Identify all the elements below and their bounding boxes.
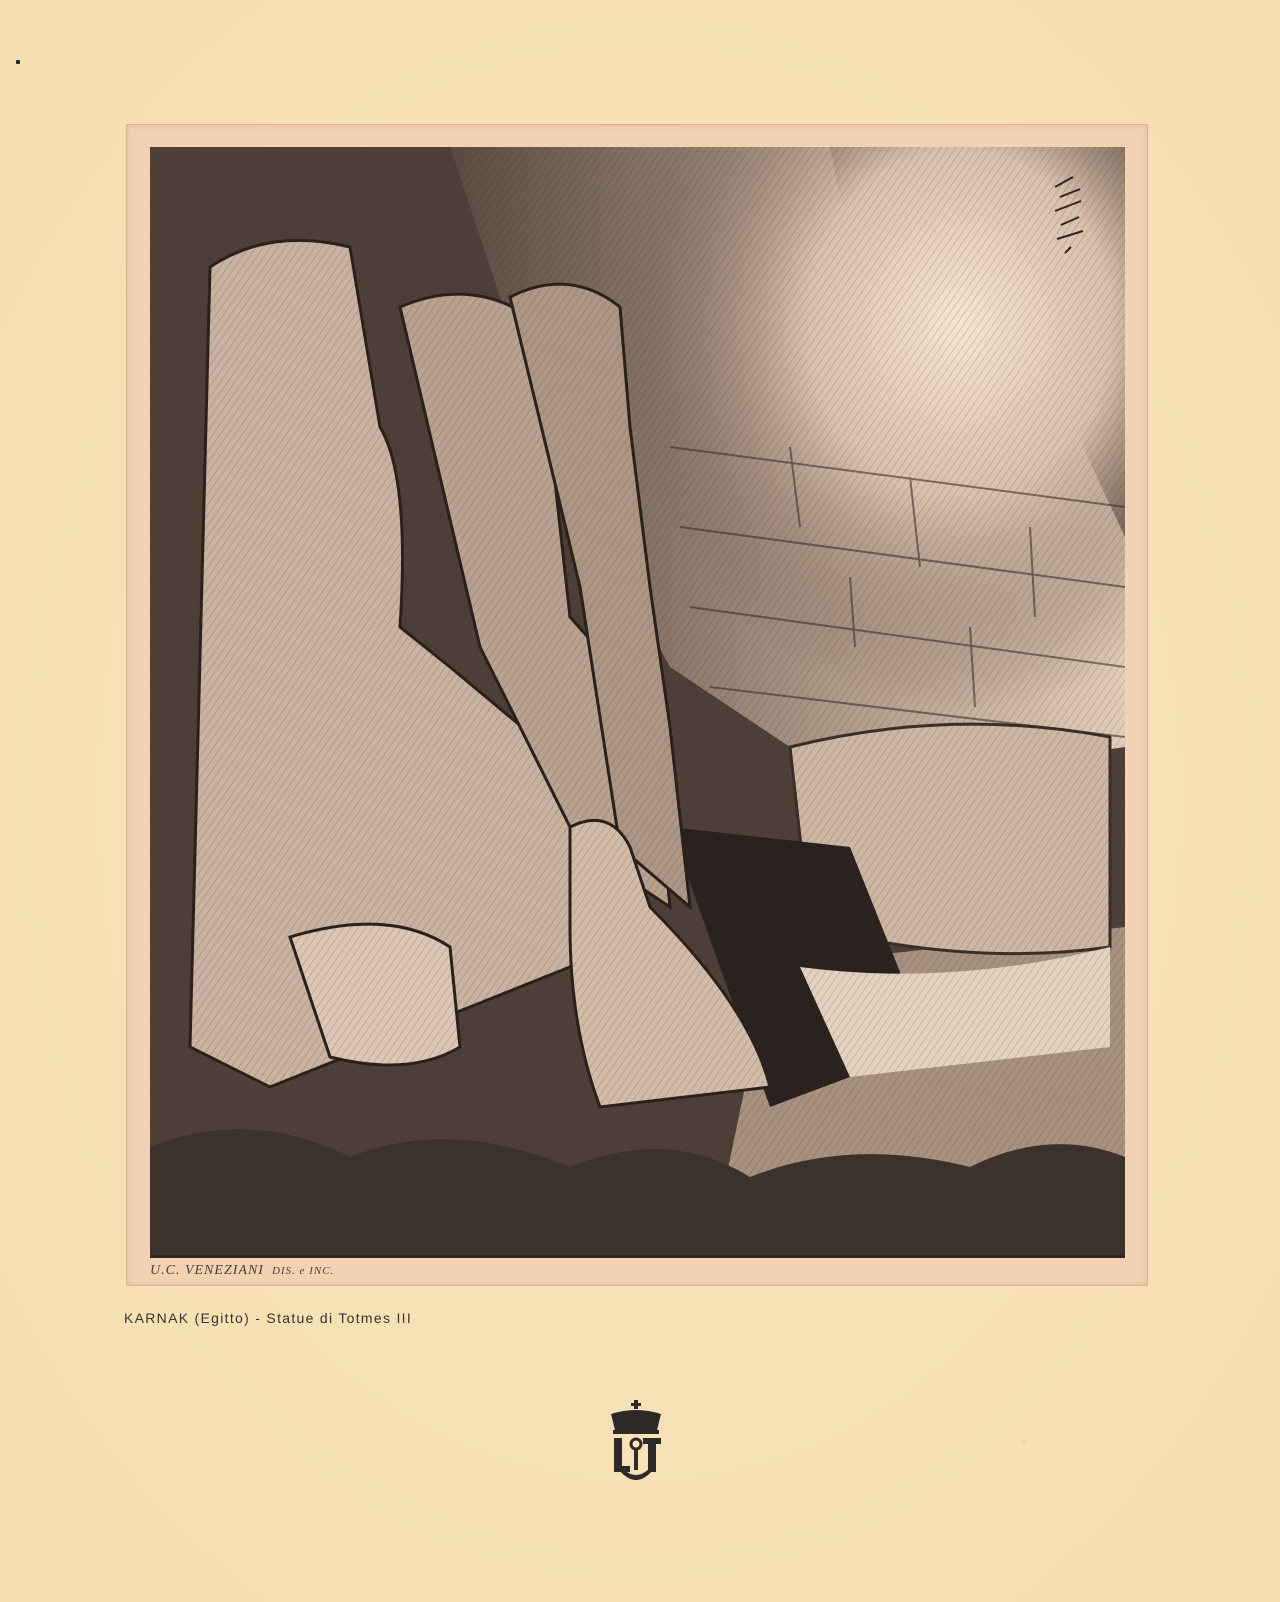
engraver-credit: U.C. VENEZIANIDIS. e INC. [150,1263,334,1279]
crown-anchor-logo-icon [607,1400,665,1484]
etching-illustration [150,147,1125,1255]
paper-speck [16,60,20,64]
engraver-name: U.C. VENEZIANI [150,1263,264,1278]
etching-image [150,147,1125,1258]
engraver-credit-suffix: DIS. e INC. [272,1265,334,1277]
artwork-caption: KARNAK (Egitto) - Statue di Totmes III [124,1310,412,1326]
